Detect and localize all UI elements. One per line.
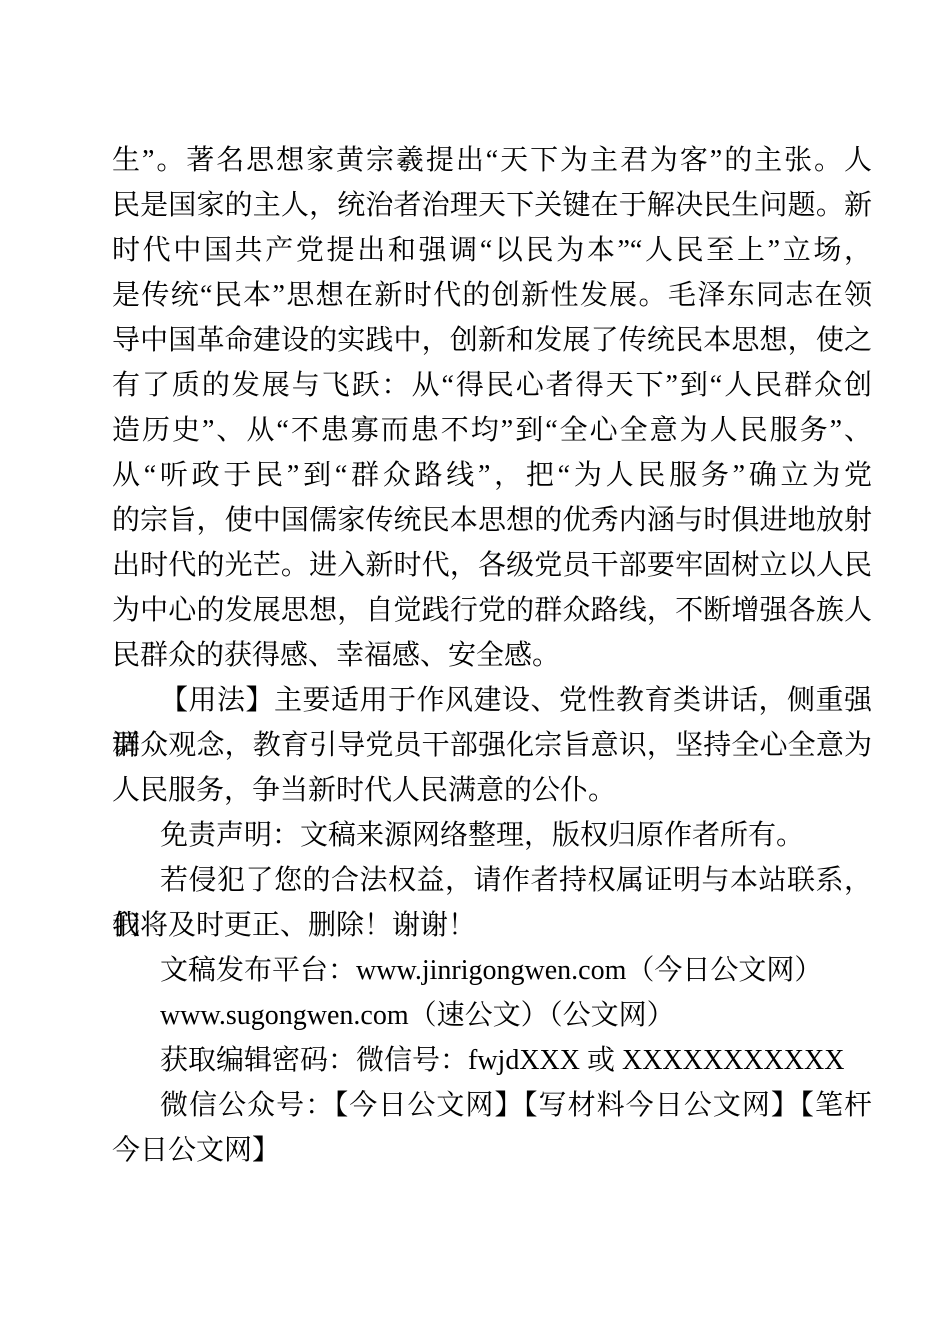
text-line: 【用法】主要适用于作风建设、党性教育类讲话，侧重强调 — [112, 678, 872, 723]
text-line: 时代中国共产党提出和强调“以民为本”“人民至上”立场， — [112, 228, 872, 273]
text-line: 获取编辑密码：微信号：fwjdXXX 或 XXXXXXXXXXX — [112, 1038, 872, 1083]
paragraph-usage-note: 【用法】主要适用于作风建设、党性教育类讲话，侧重强调 群众观念，教育引导党员干部… — [112, 678, 872, 813]
text-line: 民群众的获得感、幸福感、安全感。 — [112, 633, 872, 678]
text-line: 文稿发布平台：www.jinrigongwen.com（今日公文网） — [112, 948, 872, 993]
text-line: 民是国家的主人，统治者治理天下关键在于解决民生问题。新 — [112, 183, 872, 228]
text-line: 为中心的发展思想，自觉践行党的群众路线，不断增强各族人 — [112, 588, 872, 633]
paragraph-platform-alt: www.sugongwen.com（速公文）（公文网） — [112, 993, 872, 1038]
text-line: 生”。著名思想家黄宗羲提出“天下为主君为客”的主张。人 — [112, 138, 872, 183]
paragraph-disclaimer: 免责声明：文稿来源网络整理，版权归原作者所有。 — [112, 813, 872, 858]
paragraph-publish-platform: 文稿发布平台：www.jinrigongwen.com（今日公文网） — [112, 948, 872, 993]
text-line: 微信公众号：【今日公文网】【写材料今日公文网】【笔杆 — [112, 1083, 872, 1128]
text-line: www.sugongwen.com（速公文）（公文网） — [112, 993, 872, 1038]
document-body: 生”。著名思想家黄宗羲提出“天下为主君为客”的主张。人 民是国家的主人，统治者治… — [112, 138, 872, 1173]
paragraph-infringement-notice: 若侵犯了您的合法权益，请作者持权属证明与本站联系，我 们将及时更正、删除！谢谢！ — [112, 858, 872, 948]
text-line: 造历史”、从“不患寡而患不均”到“全心全意为人民服务”、 — [112, 408, 872, 453]
document-page: 生”。著名思想家黄宗羲提出“天下为主君为客”的主张。人 民是国家的主人，统治者治… — [0, 0, 950, 1344]
paragraph-body-continuation: 生”。著名思想家黄宗羲提出“天下为主君为客”的主张。人 民是国家的主人，统治者治… — [112, 138, 872, 678]
text-line: 人民服务，争当新时代人民满意的公仆。 — [112, 768, 872, 813]
text-line: 们将及时更正、删除！谢谢！ — [112, 903, 872, 948]
text-line: 若侵犯了您的合法权益，请作者持权属证明与本站联系，我 — [112, 858, 872, 903]
text-line: 导中国革命建设的实践中，创新和发展了传统民本思想，使之 — [112, 318, 872, 363]
paragraph-wechat-accounts: 微信公众号：【今日公文网】【写材料今日公文网】【笔杆 今日公文网】 — [112, 1083, 872, 1173]
text-line: 是传统“民本”思想在新时代的创新性发展。毛泽东同志在领 — [112, 273, 872, 318]
text-line: 有了质的发展与飞跃：从“得民心者得天下”到“人民群众创 — [112, 363, 872, 408]
text-line: 今日公文网】 — [112, 1128, 872, 1173]
text-line: 群众观念，教育引导党员干部强化宗旨意识，坚持全心全意为 — [112, 723, 872, 768]
text-line: 从“听政于民”到“群众路线”，把“为人民服务”确立为党 — [112, 453, 872, 498]
text-line: 出时代的光芒。进入新时代，各级党员干部要牢固树立以人民 — [112, 543, 872, 588]
text-line: 免责声明：文稿来源网络整理，版权归原作者所有。 — [112, 813, 872, 858]
text-line: 的宗旨，使中国儒家传统民本思想的优秀内涵与时俱进地放射 — [112, 498, 872, 543]
paragraph-editor-password: 获取编辑密码：微信号：fwjdXXX 或 XXXXXXXXXXX — [112, 1038, 872, 1083]
